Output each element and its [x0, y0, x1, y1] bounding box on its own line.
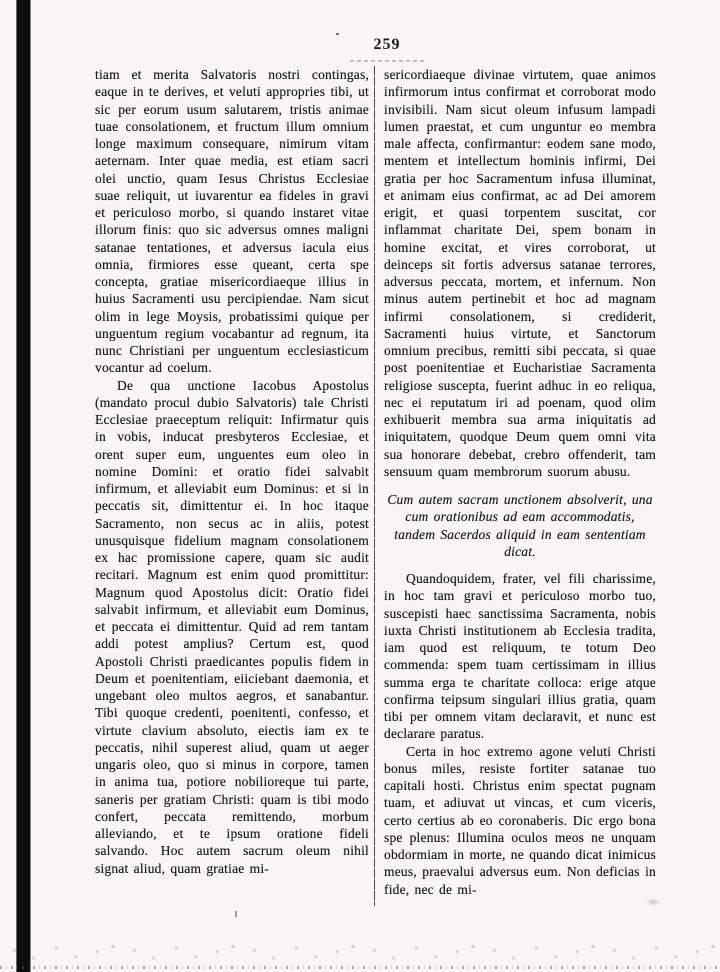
page-number: 259	[374, 36, 401, 54]
scan-edge-line	[0, 966, 720, 969]
column-divider-rule	[374, 66, 375, 906]
right-column: sericordiaeque divinae virtutem, quae an…	[384, 66, 656, 898]
left-column: tiam et merita Salvatoris nostri conting…	[95, 66, 369, 877]
scan-speck	[235, 911, 237, 917]
left-paragraph-de-qua-unctione: De qua unctione Iacobus Apostolus (manda…	[95, 377, 369, 877]
right-paragraph-quandoquidem: Quandoquidem, frater, vel fili charissim…	[384, 570, 656, 743]
scan-noise-bottom	[0, 940, 720, 966]
right-paragraph-continuation: sericordiaeque divinae virtutem, quae an…	[384, 66, 656, 480]
scan-smudge	[646, 898, 660, 906]
scan-speck	[336, 33, 339, 35]
rubric-sacerdos-instruction: Cum autem sacram unctionem absolverit, u…	[384, 491, 656, 560]
scan-gutter-bar	[17, 0, 30, 972]
page-number-underline	[350, 60, 426, 62]
right-paragraph-certa-in-hoc: Certa in hoc extremo agone veluti Christ…	[384, 743, 656, 898]
left-paragraph-continuation: tiam et merita Salvatoris nostri conting…	[95, 66, 369, 377]
